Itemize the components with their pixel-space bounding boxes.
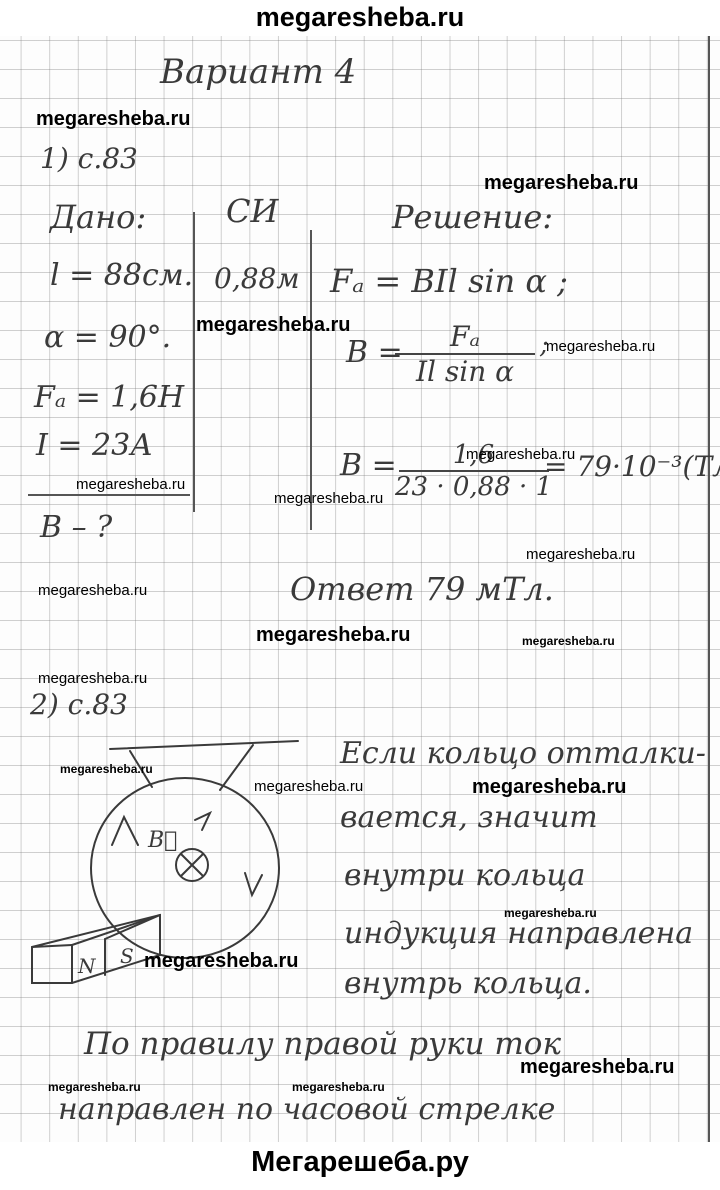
formula-b-numerator: Fₐ xyxy=(440,320,490,353)
arrow-up-icon xyxy=(112,817,138,845)
explanation-line-3: внутри кольца xyxy=(344,858,585,893)
site-footer: Мегарешеба.ру xyxy=(0,1140,720,1190)
given-force: Fₐ = 1,6Н xyxy=(34,380,184,415)
watermark: megaresheba.ru xyxy=(60,762,153,776)
site-header: megaresheba.ru xyxy=(0,0,720,38)
solution-label: Решение: xyxy=(392,198,553,236)
problem2-number: 2) с.83 xyxy=(30,688,128,721)
answer-text: Ответ 79 мТл. xyxy=(290,570,554,608)
explanation-line-2: вается, значит xyxy=(340,800,598,835)
formula-force: Fₐ = BIl sin α ; xyxy=(330,262,568,300)
margin-line xyxy=(708,36,710,1142)
given-length: l = 88см. xyxy=(50,258,193,293)
watermark: megaresheba.ru xyxy=(254,778,363,795)
vector-b-label: B⃗ xyxy=(147,828,177,853)
variant-title: Вариант 4 xyxy=(160,52,356,92)
explanation-line-1: Если кольцо отталки- xyxy=(340,736,706,771)
watermark: megaresheba.ru xyxy=(36,108,191,131)
conclusion-line-1: По правилу правой руки ток xyxy=(84,1026,561,1062)
arrow-down-icon xyxy=(245,873,262,895)
given-label: Дано: xyxy=(50,198,146,236)
watermark: megaresheba.ru xyxy=(256,624,411,647)
given-underline xyxy=(28,494,190,496)
watermark: megaresheba.ru xyxy=(484,172,639,195)
watermark: megaresheba.ru xyxy=(38,670,147,687)
watermark: megaresheba.ru xyxy=(144,950,299,973)
formula-b-fraction: Fₐ Il sin α xyxy=(395,320,535,388)
watermark: megaresheba.ru xyxy=(196,314,351,337)
magnet-south-label: S xyxy=(120,944,134,968)
watermark: megaresheba.ru xyxy=(546,338,655,355)
support-bar xyxy=(110,741,298,749)
given-angle: α = 90°. xyxy=(44,320,171,355)
watermark: megaresheba.ru xyxy=(520,1056,675,1079)
conclusion-line-2: направлен по часовой стрелке xyxy=(58,1092,555,1127)
si-divider xyxy=(310,230,312,530)
formula-calc-denominator: 23 · 0,88 · 1 xyxy=(385,472,562,502)
watermark: megaresheba.ru xyxy=(274,490,383,507)
magnet-north-label: N xyxy=(77,954,97,978)
ring xyxy=(91,778,279,958)
si-label: СИ xyxy=(226,192,278,230)
problem1-number: 1) с.83 xyxy=(40,142,138,175)
explanation-line-4: индукция направлена xyxy=(344,916,693,951)
watermark: megaresheba.ru xyxy=(38,582,147,599)
si-length: 0,88м xyxy=(214,262,300,295)
formula-b-denominator: Il sin α xyxy=(406,355,524,388)
thread-right xyxy=(220,745,253,790)
explanation-line-5: внутрь кольца. xyxy=(344,966,592,1001)
watermark: megaresheba.ru xyxy=(76,476,185,493)
watermark: megaresheba.ru xyxy=(472,776,627,799)
formula-calc-result: = 79·10⁻³(Тл) xyxy=(544,450,720,483)
watermark: megaresheba.ru xyxy=(526,546,635,563)
watermark: megaresheba.ru xyxy=(522,634,615,648)
find-value: B – ? xyxy=(40,510,112,545)
given-current: I = 23А xyxy=(36,428,153,463)
given-divider xyxy=(193,212,195,512)
